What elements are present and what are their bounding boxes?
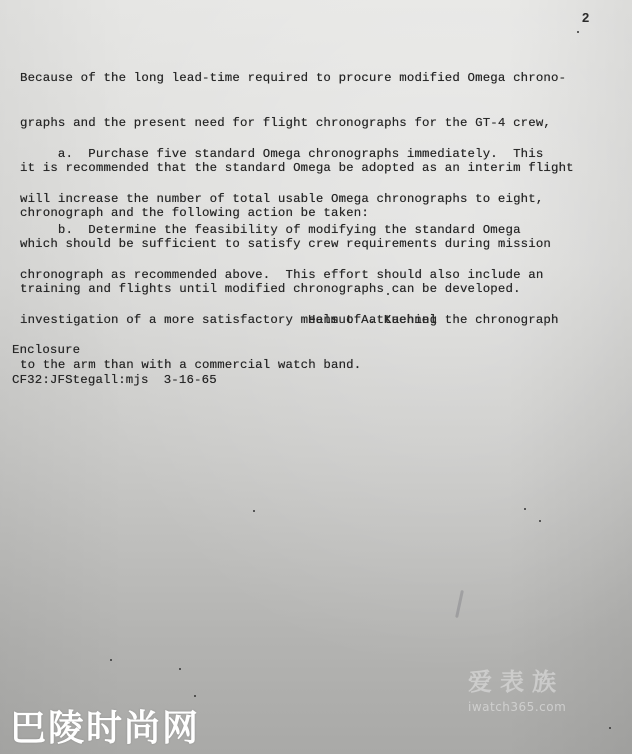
paper-smudge [455, 590, 464, 618]
paper-speck [110, 659, 112, 661]
action-item-b: b. Determine the feasibility of modifyin… [20, 193, 559, 403]
page-number: 2 [582, 10, 589, 25]
paper-speck [387, 293, 389, 295]
watermark-right-url: iwatch365.com [468, 700, 566, 714]
text-line: to the arm than with a commercial watch … [20, 358, 559, 373]
text-line: Because of the long lead-time required t… [20, 71, 574, 86]
watermark-right-logo: 爱表族 [468, 662, 564, 697]
paper-speck [179, 668, 181, 670]
text-line: chronograph as recommended above. This e… [20, 268, 559, 283]
enclosure-label: Enclosure [12, 343, 80, 358]
signature-name: Helmut A. Kuehnel [308, 313, 437, 328]
paper-speck [577, 31, 579, 33]
paper-speck [194, 695, 196, 697]
text-line: a. Purchase five standard Omega chronogr… [20, 147, 551, 162]
paper-speck [609, 727, 611, 729]
reference-line: CF32:JFStegall:mjs 3-16-65 [12, 373, 217, 388]
paper-speck [253, 510, 255, 512]
watermark-left: 巴陵时尚网 [10, 700, 200, 751]
memo-page: 2 Because of the long lead-time required… [0, 0, 632, 754]
paper-speck [539, 520, 541, 522]
paper-speck [524, 508, 526, 510]
text-line: b. Determine the feasibility of modifyin… [20, 223, 559, 238]
text-line: investigation of a more satisfactory mea… [20, 313, 559, 328]
